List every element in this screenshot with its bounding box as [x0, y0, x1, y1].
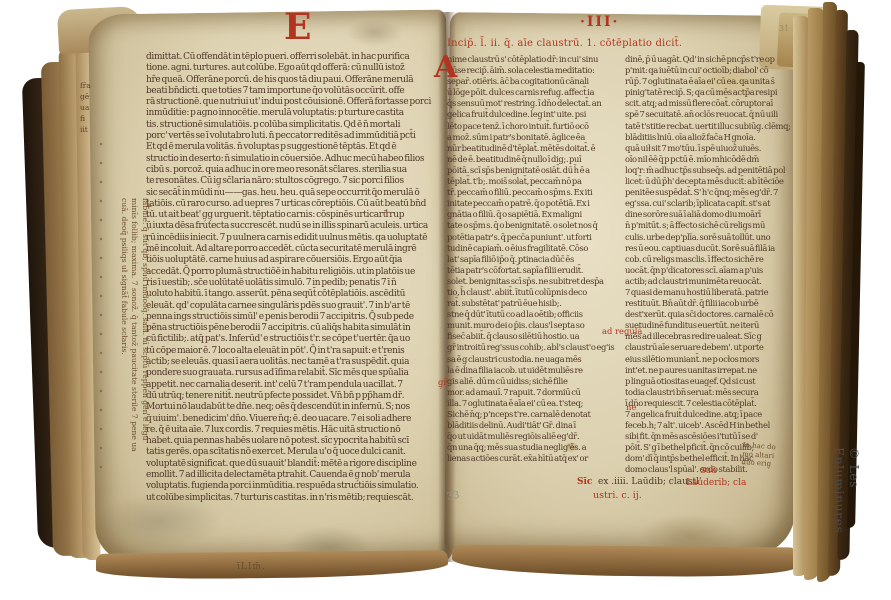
right-page-rubric-bottom-red-1: Sīc [577, 477, 592, 487]
left-page-text-line: re. q̄ ē uita aīe. 7 lux cordis. 7 requi… [146, 425, 452, 436]
right-page-column-2-line: n̄ p'mitūt. s; ā ffecto sichē cū relig̗s… [625, 220, 793, 231]
right-page-column-2-line: res ū eou. captiuas ducūt. Sorē suā filā… [625, 243, 793, 254]
right-page-column-2-line: penitēe suspēdat̄. S' h'c q̄nq; mēs eg'd… [625, 187, 793, 198]
right-page-column-1-line: mor. ad amauī. 7 rapuit. 7 dormiū cū [447, 387, 619, 398]
right-page-column-1-line: tudinē capiam̄. o ēius fragilitatē. Cōso [447, 243, 619, 254]
right-page-column-1-line: Sichē n̄q; p'nceps t're. carnalē denotat [447, 409, 619, 420]
left-page-text-line: Mortui nō laudabūt te dn̄e. neq; oēs q̄ … [146, 402, 452, 413]
left-page-text-line: inmūditie: p agno innocētie. merulā volu… [146, 108, 452, 119]
left-page-text-line: eleuāt. qd' copulāta carnee singulāris p… [146, 301, 452, 312]
right-page-column-1-line: pōitā. scī sp̄s benignitatē osiāt̄. dū h… [447, 165, 619, 176]
right-page-column-1-line: tr̄. peccam̄ o filiū. peccam̄ o sp̄m s. … [447, 187, 619, 198]
right-col2-red-word: ne [626, 402, 636, 412]
right-page-column-2-line: dine sorōre suā ī aliā domo diu moārī [625, 209, 793, 220]
right-page-column-1-line: gelica fruit̄ dulcedine. leg̗ int' uite.… [447, 109, 619, 120]
right-page-column-1-line [447, 464, 619, 475]
right-page-column-2-line: spē 7 secuitatē. an̄ oclōs reuocat. q̄ n… [625, 109, 793, 120]
right-page-column-1-line: illa. 7 oglutinata ē aīa ei' cū ea. t'st… [447, 398, 619, 409]
right-page-column-2-line: suetudinē funditus euertūt. ne iterū [625, 320, 793, 331]
right-page-column-1-line: lienas actiōes curāt. ex̄a hītū atq̄ ex'… [447, 453, 619, 464]
right-page-column-1-line: fisec̄ abiit̄. q̄ clauso silētiū hostio.… [447, 331, 619, 342]
left-edge-tab-letters: fr̄a gē ua fi iit [80, 80, 91, 135]
right-page-initial-A: A [434, 50, 457, 85]
left-page-text-line: actib; se eleuās. quasi ī aera uolitās. … [146, 357, 452, 368]
right-page-column-2-line: feceb.h; 7 alt'. uiceb'. Ascēd H in beth… [625, 420, 793, 431]
left-page-text-line: voluptatis. fugienda porci inmūditia. re… [146, 481, 452, 492]
right-page-column-1-line: la ē dina filia iacob. ut uidēt muliēs r… [447, 365, 619, 376]
left-page-text-line: habet. quia pennas habēs uolare nō potes… [146, 436, 452, 447]
left-page-text-line: beati bn̄dicti. que toties 7 tam importu… [146, 86, 452, 97]
right-page-column-1-line: solet. benignitas scī sp̄s. ne subitret … [447, 276, 619, 287]
right-page-column-1-line: munit̄. muro dei o p̄is. claus'l septa s… [447, 320, 619, 331]
left-page-text-line: tione. agni. turtures. aut colūbe. Ego a… [146, 63, 452, 74]
right-page-column-2-line: 7 angelica fruit̄ dulcedine. atq; ī pace [625, 409, 793, 420]
left-page-text-line: dimittat̄. Cū offendāt̄ in tēplo pueri. … [146, 52, 452, 63]
right-page-column-2-line: culis. urbe dep'plīa. sorē suā tollūt. u… [625, 232, 793, 243]
right-page-column-2-line: restituūt. Bn̄ aūt dr̄. q̄ filii iacob u… [625, 298, 793, 309]
left-page-text-line: voluptatē significat. que dū suauit' bla… [146, 459, 452, 470]
right-page-column-2-line: p linguā otiositas euagef. Qd si cust [625, 376, 793, 387]
right-page-column-2-line: tatē t'stitie recbat. uertit illuc subiū… [625, 121, 793, 132]
right-page-column-1-line: lat' sapīa filiō ip̄o q̄. ptinacia dūc̄ … [447, 254, 619, 265]
left-page-text-line: accedāt. Q̄ porro plumā structiōē in hab… [146, 267, 452, 278]
left-page-text-line: tiōis uoluptātē. carne huius ad aspirare… [146, 255, 452, 266]
right-page-column-1-line: ū lōge pōit. dulces carnis refug̗. affec… [447, 87, 619, 98]
right-margin-note: In hac do mo altari dūo erig̗ [741, 441, 776, 469]
left-page-text-line: rā structionē. que nutriui ut' indui pos… [146, 97, 452, 108]
right-page-column-1-line: tēplat̄. t'b;. mois̄ solat̄, peccam̄ nō … [447, 176, 619, 187]
right-page-column-1-line: tate o sp̄m s. q̄ o benignitatē. o solet… [447, 220, 619, 231]
left-page-text-line: tatiōis. cū raro curso. ad uepres 7 urti… [146, 199, 452, 210]
right-page-column-2-line: oīo nil ēē q̄ p pctū ē. mīo mhicōdē dm̄ [625, 154, 793, 165]
left-page-text-line: tū. ut ait beat' g̗g̗ urguerit. tēptatio… [146, 210, 452, 221]
right-page-column-1-line: rat̄. substētat' patrū ēue hisib;. [447, 298, 619, 309]
right-page-column-1-line: lēto pace tenz̄. ī choro intuit̄. furtiō… [447, 121, 619, 132]
right-page-column-2-line: pinig'tatē recip̄. S; qa cū mēs actp̄a r… [625, 87, 793, 98]
left-page-text-line: ris ī uestib;. sc̄e uolūtatē uolātis sim… [146, 278, 452, 289]
right-page-column-2-line: dinē, p̄ ū uagāt̄. Qd' in sichē pncp̄s t… [625, 54, 793, 65]
left-page-text-line: tis. structionē simulatiōis. p colūba si… [146, 120, 452, 131]
right-page-column-1-line: q̄o ut uidāt muliēs regiōis aliē eg'dr̄. [447, 431, 619, 442]
right-page-column-1-line: nime claustrū s' cōtēplatio dr̄: in cui'… [447, 54, 619, 65]
right-page-column-2-line: actib; ad claustri munimēta reuocāt. [625, 276, 793, 287]
left-margin-vertical-note: fabule. q̄ sūt q̄b; sp̄uū imdooq̄. salā.… [119, 198, 151, 452]
right-page-rubric-bottom-red-3: ustri. c. ij. [593, 490, 642, 501]
right-page-column-2-line: scit. atq; ad missū flere cōat̄. cōrupto… [625, 98, 793, 109]
left-page-text-line: tū cōpe maior ē. 7 loco alta eleuāt in p… [146, 346, 452, 357]
right-page-column-1-line: nē de ē. beatitudinē q̄ nullo ī dig;. pu… [447, 154, 619, 165]
right-page-column-1-line: gis aliē. dū m cū uidiss; sichē filie [447, 376, 619, 387]
right-page-column-2-line: 7 quasi de manu hostiū liberatā. patrie [625, 287, 793, 298]
left-page-text-line: q̄ uiuim'. benedicim' dn̄o. Viuere n̄q; … [146, 414, 452, 425]
photo-credit: © Les Enluminures [832, 447, 862, 533]
right-page-column-2-line: ī dn̄o requiescit. 7 celestia cōtēplat̄. [625, 398, 793, 409]
manuscript-photo: dimittat̄. Cū offendāt̄ in tēplo pueri. … [0, 0, 891, 600]
right-page-column-2-line: rūp̄. 7 oglutinata ē aīa ei' cū ea. qa u… [625, 76, 793, 87]
right-page-folio-number: 31 [779, 24, 789, 33]
right-page-heading-III: ·III· [580, 14, 619, 30]
right-page-column-2-line: todia claustri bn̄ seruat̄: mēs secura [625, 387, 793, 398]
left-page-initial-E: E [284, 6, 311, 48]
right-page-column-1-line: nūr beatitudinē d'tēplat̄. mētēs doitat̄… [447, 143, 619, 154]
right-page-column-2-line: claustrū aīe seruare debem'. ut porte [625, 342, 793, 353]
left-page-catchword: īLIm̄. [237, 562, 266, 572]
left-page-text-line: uoluto habitū. ī tango. asserūt. pēna se… [146, 289, 452, 300]
left-margin-cross-2: + [383, 208, 391, 218]
left-page-text-line: structio in deserto: n̄ simulatio in cōu… [146, 154, 452, 165]
right-page-column-1-line: q̄n una q̄q; mēs sua studia neglig'ēs. a [447, 442, 619, 453]
left-page-text-line: emollit. 7 ad illicita delectamēta ptrah… [146, 470, 452, 481]
left-page-text-line: dū utrūq; tenere nitit̄. neutrū pfecte p… [146, 391, 452, 402]
right-page-column-2-line: dest'xerūt. quia sc̄i doctores. carnalē … [625, 309, 793, 320]
left-page-text-line: te resonātes. Cū ig̗ sc̄laria nāro: stul… [146, 176, 452, 187]
right-page-column-2-line: licet̄: ū dū p̄h' decepta mēs ducit̄: ab… [625, 176, 793, 187]
left-page-text-line: pondere suo grauata. rursus ad īfima rel… [146, 368, 452, 379]
right-page-column-2-line: sibi fit. q̄n mēs ascēsiōes i'tutū ī se … [625, 431, 793, 442]
left-page-text: dimittat̄. Cū offendāt̄ in tēplo pueri. … [146, 52, 452, 504]
right-page-column-1-line: initate peccam̄ o patrē. q̄ o potētiā. E… [447, 198, 619, 209]
left-page-text-line: tatis gerēs. opa scītatis nō exercet. Me… [146, 447, 452, 458]
right-page-column-2-line: blāditiis lniū. oīa alioz̄ fac̄a H g̗noī… [625, 132, 793, 143]
right-page-column-1-line: a moz̄. sūm i patr's bonitatē. āglice ēa [447, 132, 619, 143]
right-page-column-1-line: q̄s sensuū mot' restring̗. ī dn̄o delect… [447, 98, 619, 109]
right-page-column-1: nime claustrū s' cōtēplatio dr̄: in cui'… [447, 54, 619, 476]
right-page-column-1-line: sa ē g̗ claustri custodia. ne uaga mēs [447, 354, 619, 365]
left-page-text-line: mē incoluit. Ad altare porro accedēt. cū… [146, 244, 452, 255]
right-page-column-1-line: separ̄. otiēris. āc̄ ba cogitationū cāna… [447, 76, 619, 87]
right-page-column-2-line: uocāt. q̄n p'dicatores scī. aīam a p'uis [625, 265, 793, 276]
left-page-text-line: rū incēdiis iniecit. 7 p uulnera carnis … [146, 233, 452, 244]
right-page-column-1-line: q̄ūse recip̄. āim̄. sola celestia medita… [447, 65, 619, 76]
right-page-column-1-line: tētia patr's cōfortat̄. sapīa filii erud… [447, 265, 619, 276]
left-page-text-line: Et qd ē merula volitās. n̄ voluptas p su… [146, 142, 452, 153]
left-page-text-line: penna ings structiōis simūl' e penis ber… [146, 312, 452, 323]
left-page-text-line: ū iuxta dēsa frutecta succrescēt. nudū s… [146, 221, 452, 232]
left-page-text-line: sic secāt̄ in mūdi nu——gas. heu. heu. qu… [146, 188, 452, 199]
right-page-column-2-line: quā uił sit 7 mo'tūu. ī spē uiuoz̄ uiuēs… [625, 143, 793, 154]
content-layer: dimittat̄. Cū offendāt̄ in tēplo pueri. … [0, 0, 891, 600]
right-page-column-2-line: int'et. ne p aures uanitas irrepat. ne [625, 365, 793, 376]
right-page-rubric-top: Incip̄. l̄. ii. q̄. aīe claustrū. 1. cōt… [447, 38, 682, 49]
right-col1-red-mark: g̗r̄ [438, 377, 447, 387]
left-page-text-line: porc' vertēs se ī volutabro luti. n̄ pec… [146, 131, 452, 142]
right-page-rubric-bottom-red-2: Lauderib; cla [686, 478, 746, 488]
left-page-text-line: hr̄e queā. Offerāne porcū. de his quos t… [146, 75, 452, 86]
right-page-column-1-line: blāditiis delinū. Audi'tiāt' Gr̄. dina ī [447, 420, 619, 431]
right-page-column-1-line: gnātia o filiū. q̄ o sapiētiā. Ex malign… [447, 209, 619, 220]
left-page-text-line: ut colūbe simplicitas. 7 turturis castit… [146, 493, 452, 504]
right-col1-red-word: ad regulā [602, 326, 642, 336]
right-page-column-1-line: stne q̄ dūt' ītutū co ad la oētib; offic… [447, 309, 619, 320]
left-page-text-line: cibū s. porcoz̄. quia adhuc in ore meo r… [146, 165, 452, 176]
right-page-column-1-line: g̗r̄ introitū reg'ssus cohib;. abl's cla… [447, 342, 619, 353]
right-page-column-2-line: p'mit: qa iuētū in cui' octioīb; diabol'… [625, 65, 793, 76]
right-col2-red-end: Suū [700, 465, 717, 475]
left-page-text-line: appetit. nec carnalia deserit. int' celū… [146, 380, 452, 391]
left-page-text-line: pēna structiōis pēne berodii 7 accipitri… [146, 323, 452, 334]
right-page-column-2-line: loq'r: m̄ adhuc tp̄s subseq̄s. ad penitē… [625, 165, 793, 176]
right-page-column-1-line: tio, h̄ claust'. abiit̄. ītutū colūpnis … [447, 287, 619, 298]
right-page-column-2: dinē, p̄ ū uagāt̄. Qd' in sichē pncp̄s t… [625, 54, 793, 476]
left-page-text-line: cū fictilib;. atq̄ pat's. Inferūd' e str… [146, 334, 452, 345]
right-page-column-2-line: mēs ad illecebras redire ualeat. Sīc g̗ [625, 331, 793, 342]
right-page-column-1-line: potētia patr's. q̄ pecc̄a puniunt'. ut f… [447, 232, 619, 243]
right-page-pencil-number: 33 [446, 490, 460, 503]
right-page-column-2-line: cob. cū relig̗s masclis. ī ffecto sichē … [625, 254, 793, 265]
right-page-column-2-line: eius silētio muniant̄. ne p ocłos mors [625, 354, 793, 365]
right-page-column-2-line: eg'ssa. cui' sclarib; īplicata capit̄. s… [625, 198, 793, 209]
